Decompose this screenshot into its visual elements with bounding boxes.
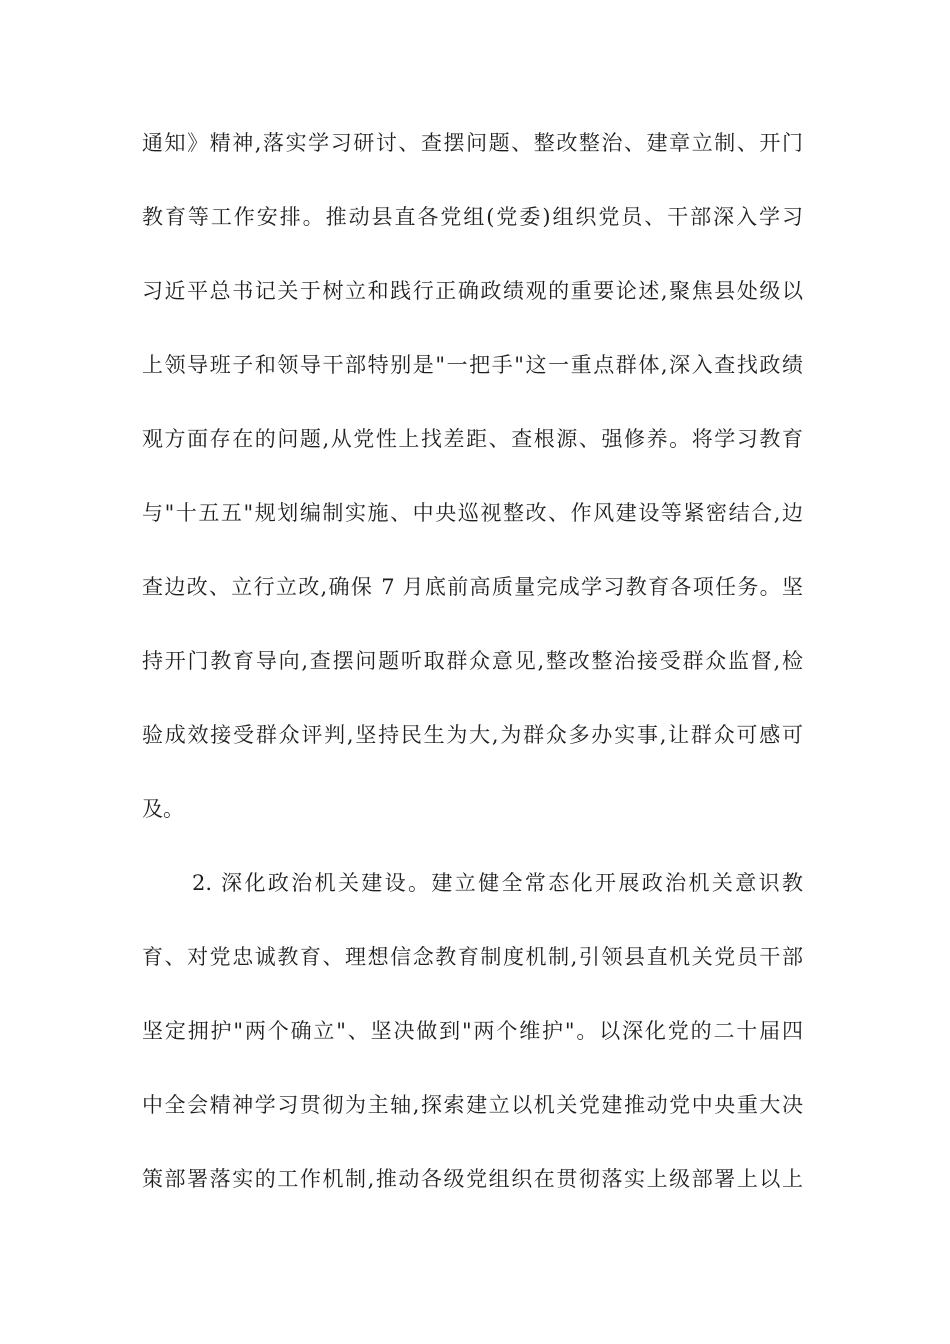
- text-line: 中全会精神学习贯彻为主轴,探索建立以机关党建推动党中央重大决: [142, 1068, 803, 1142]
- text-line: 及。: [142, 772, 803, 846]
- text-line: 教育等工作安排。推动县直各党组(党委)组织党员、干部深入学习: [142, 180, 803, 254]
- paragraph-1: 通知》精神,落实学习研讨、查摆问题、整改整治、建章立制、开门 教育等工作安排。推…: [142, 106, 803, 846]
- text-block: 通知》精神,落实学习研讨、查摆问题、整改整治、建章立制、开门 教育等工作安排。推…: [142, 106, 803, 1216]
- text-line: 观方面存在的问题,从党性上找差距、查根源、强修养。将学习教育: [142, 402, 803, 476]
- text-line: 持开门教育导向,查摆问题听取群众意见,整改整治接受群众监督,检: [142, 624, 803, 698]
- text-line: 育、对党忠诚教育、理想信念教育制度机制,引领县直机关党员干部: [142, 920, 803, 994]
- text-line: 策部署落实的工作机制,推动各级党组织在贯彻落实上级部署上以上: [142, 1142, 803, 1216]
- text-line: 上领导班子和领导干部特别是"一把手"这一重点群体,深入查找政绩: [142, 328, 803, 402]
- text-line: 坚定拥护"两个确立"、坚决做到"两个维护"。以深化党的二十届四: [142, 994, 803, 1068]
- text-line: 2. 深化政治机关建设。建立健全常态化开展政治机关意识教: [142, 846, 803, 920]
- paragraph-2: 2. 深化政治机关建设。建立健全常态化开展政治机关意识教 育、对党忠诚教育、理想…: [142, 846, 803, 1216]
- text-line: 习近平总书记关于树立和践行正确政绩观的重要论述,聚焦县处级以: [142, 254, 803, 328]
- document-page: 通知》精神,落实学习研讨、查摆问题、整改整治、建章立制、开门 教育等工作安排。推…: [0, 0, 950, 1344]
- text-line: 与"十五五"规划编制实施、中央巡视整改、作风建设等紧密结合,边: [142, 476, 803, 550]
- text-line: 通知》精神,落实学习研讨、查摆问题、整改整治、建章立制、开门: [142, 106, 803, 180]
- text-line: 验成效接受群众评判,坚持民生为大,为群众多办实事,让群众可感可: [142, 698, 803, 772]
- text-line: 查边改、立行立改,确保 7 月底前高质量完成学习教育各项任务。坚: [142, 550, 803, 624]
